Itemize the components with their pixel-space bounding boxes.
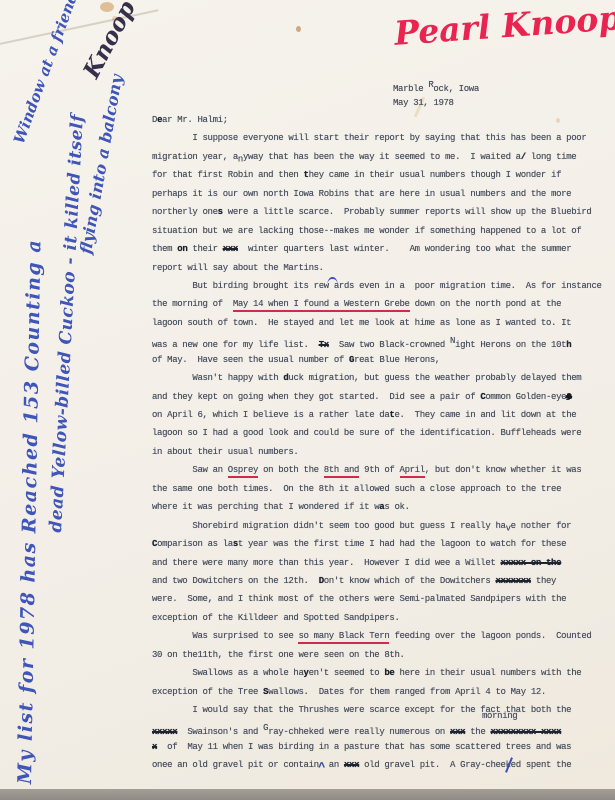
typed-line: and there were many more than this year.… (152, 554, 607, 572)
paper-stain (296, 26, 301, 32)
typed-line: Comparison as last year was the first ti… (152, 535, 607, 553)
typed-line: Dear Mr. Halmi; (152, 111, 607, 129)
typed-line: report will say about the Martins. (152, 259, 607, 277)
scanned-letter-page: { "colors":{ "paper":"#f4f1ea", "typewri… (0, 0, 615, 800)
letter-body: morning Dear Mr. Halmi; I suppose everyo… (152, 111, 607, 775)
typed-line: northerly ones were a little scarce. Pro… (152, 203, 607, 221)
typed-line: 30 on the11th, the first one were seen o… (152, 646, 607, 664)
typed-line: exception of the Killdeer and Spotted Sa… (152, 609, 607, 627)
typed-line: them on their xxx winter quarters last w… (152, 240, 607, 258)
typed-line: the same one both times. On the 8th it a… (152, 480, 607, 498)
typed-line: lagoon south of town. He stayed and let … (152, 314, 607, 332)
red-signature-pearl-knoop: Pearl Knoop (393, 0, 615, 53)
typed-line: migration year, anyway that has been the… (152, 148, 607, 166)
typed-line: xxxxx Swainson's and Gray-chheked were r… (152, 719, 607, 737)
scan-edge (0, 789, 615, 800)
typed-line: and two Dowitchers on the 12th. Don't kn… (152, 572, 607, 590)
typed-line: in about their usual numbers. (152, 443, 607, 461)
typed-line: on April 6, which I believe is a rather … (152, 406, 607, 424)
typed-line: and they kept on going when they got sta… (152, 388, 607, 406)
margin-note-line: My list for 1978 has Reached 153 Countin… (14, 239, 46, 785)
typed-line: I suppose everyone will start their repo… (152, 129, 607, 147)
typed-line: Wasn't happy with duck migration, but gu… (152, 369, 607, 387)
typed-line: Was surprised to see so many Black Tern … (152, 627, 607, 645)
typed-line: Marble Rock, Iowa (393, 76, 479, 94)
letter-paper: Pearl Knoop Knoop My list for 1978 has R… (0, 0, 615, 789)
typed-insertion-morning: morning (482, 711, 517, 721)
typed-line: perhaps it is our own north Iowa Robins … (152, 185, 607, 203)
typed-line: was a new one for my life list. Tx Saw t… (152, 332, 607, 350)
typed-line: onee an old gravel pit or contain^ an xx… (152, 756, 607, 774)
typed-line: But birding brought its rew ards even in… (152, 277, 607, 295)
typed-line: were. Some, and I think most of the othe… (152, 590, 607, 608)
handwritten-name-knoop: Knoop (78, 0, 141, 83)
typed-line: Saw an Osprey on both the 8th and 9th of… (152, 461, 607, 479)
typed-line: for that first Robin and then they came … (152, 166, 607, 184)
typed-line: the morning of May 14 when I found a Wes… (152, 295, 607, 313)
typed-line: lagoon so I had a good look and could be… (152, 424, 607, 442)
typed-line: Swallows as a whole hayen't seemed to be… (152, 664, 607, 682)
margin-note-line: dead Yellow-billed Cuckoo - it killed it… (46, 114, 88, 533)
letter-header: Marble Rock, IowaMay 31, 1978 (393, 76, 479, 113)
typed-line: x of May 11 when I was birding in a past… (152, 738, 607, 756)
typed-line: situation but we are lacking those--make… (152, 222, 607, 240)
typed-line: where it was perching that I wondered if… (152, 498, 607, 516)
typed-line: exception of the Tree Swallows. Dates fo… (152, 683, 607, 701)
typed-line: I would say that the Thrushes were scarc… (152, 701, 607, 719)
typed-line: Shorebird migration didn't seem too good… (152, 517, 607, 535)
typed-line: of May. Have seen the usual number of Gr… (152, 351, 607, 369)
